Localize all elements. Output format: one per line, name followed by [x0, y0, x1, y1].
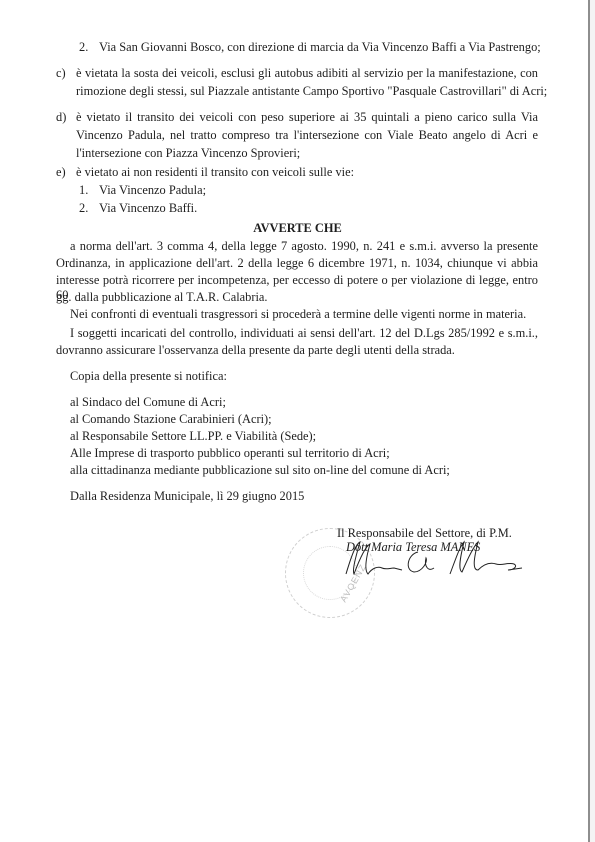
soggetti-line-2: dovranno assicurare l'osservanza della p… — [56, 343, 455, 358]
signatory-title: Il Responsabile del Settore, di P.M. — [337, 526, 512, 541]
handwritten-signature — [338, 540, 538, 580]
item-e-text: è vietato ai non residenti il transito c… — [76, 165, 354, 180]
avverte-line-1: a norma dell'art. 3 comma 4, della legge… — [70, 239, 538, 254]
list-number: 2. — [79, 40, 88, 55]
item-c-line-2: rimozione degli stessi, sul Piazzale ant… — [76, 84, 547, 99]
avverte-line-4: gg. dalla pubblicazione al T.A.R. Calabr… — [56, 290, 268, 305]
document-page: 2. Via San Giovanni Bosco, con direzione… — [0, 0, 595, 842]
page-edge-shadow — [590, 0, 595, 842]
list-number: 2. — [79, 201, 88, 216]
section-heading: AVVERTE CHE — [0, 221, 595, 236]
date-line: Dalla Residenza Municipale, lì 29 giugno… — [70, 489, 304, 504]
trasgressori-paragraph: Nei confronti di eventuali trasgressori … — [70, 307, 526, 322]
item-label-e: e) — [56, 165, 66, 180]
notifica-item: alla cittadinanza mediante pubblicazione… — [70, 463, 450, 478]
avverte-line-2: Ordinanza, in applicazione dell'art. 2 d… — [56, 256, 538, 271]
notifica-item: al Sindaco del Comune di Acri; — [70, 395, 226, 410]
item-c-line-1: è vietata la sosta dei veicoli, esclusi … — [76, 66, 538, 81]
item-d-line-2: Vincenzo Padula, nel tratto compreso tra… — [76, 128, 538, 143]
notifica-item: al Comando Stazione Carabinieri (Acri); — [70, 412, 272, 427]
list-number: 1. — [79, 183, 88, 198]
notifica-item: Alle Imprese di trasporto pubblico opera… — [70, 446, 390, 461]
list-item-text: Via Vincenzo Padula; — [99, 183, 206, 198]
notifica-item: al Responsabile Settore LL.PP. e Viabili… — [70, 429, 316, 444]
list-item-text: Via Vincenzo Baffi. — [99, 201, 197, 216]
soggetti-line-1: I soggetti incaricati del controllo, ind… — [70, 326, 538, 341]
item-d-line-1: è vietato il transito dei veicoli con pe… — [76, 110, 538, 125]
notifica-intro: Copia della presente si notifica: — [70, 369, 227, 384]
item-label-d: d) — [56, 110, 66, 125]
item-label-c: c) — [56, 66, 66, 81]
list-item-text: Via San Giovanni Bosco, con direzione di… — [99, 40, 541, 55]
item-d-line-3: l'intersezione con Piazza Vincenzo Sprov… — [76, 146, 300, 161]
